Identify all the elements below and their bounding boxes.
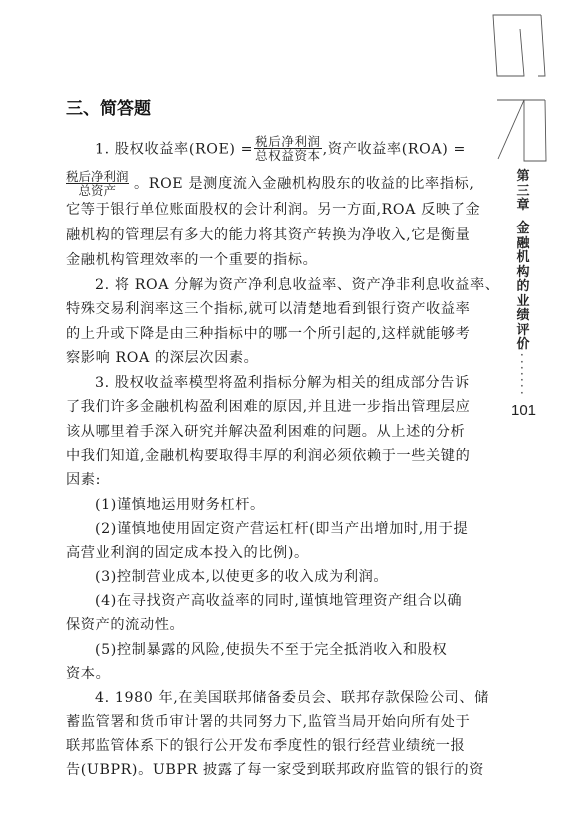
answer-1-line-3: 它等于银行单位账面股权的会计利润。另一方面,ROA 反映了金 — [66, 201, 480, 219]
answer-3-line-1: 3. 股权收益率模型将盈利指标分解为相关的组成部分告诉 — [95, 374, 480, 392]
answer-3-line-4: 中我们知道,金融机构要取得丰厚的利润必须依赖于一些关键的 — [66, 447, 480, 465]
roe-numerator: 税后净利润 — [254, 135, 322, 149]
answer-1-number: 1. — [95, 142, 110, 158]
answer-1-line-4: 融机构的管理层有多大的能力将其资产转换为净收入,它是衡量 — [66, 226, 480, 244]
factor-1: (1)谨慎地运用财务杠杆。 — [95, 496, 480, 514]
roe-formula: 税后净利润总权益资本 — [254, 135, 322, 162]
answer-4-line-4: 告(UBPR)。UBPR 披露了每一家受到联邦政府监管的银行的资 — [66, 761, 480, 779]
answer-3-line-2: 了我们许多金融机构盈利困难的原因,并且进一步指出管理层应 — [66, 398, 480, 416]
roe-label: 股权收益率(ROE) = — [115, 142, 253, 158]
roa-numerator: 税后净利润 — [66, 170, 129, 184]
answer-4-line-1: 4. 1980 年,在美国联邦储备委员会、联邦存款保险公司、储 — [95, 689, 480, 707]
factor-2-line-1: (2)谨慎地使用固定资产营运杠杆(即当产出增加时,用于提 — [95, 520, 480, 538]
answer-3-line-3: 该从哪里着手深入研究并解决盈利困难的问题。从上述的分析 — [66, 423, 480, 441]
chapter-tab-decoration-icon — [0, 0, 576, 834]
factor-2-line-2: 高营业利润的固定成本投入的比例)。 — [66, 544, 480, 562]
factor-3: (3)控制营业成本,以使更多的收入成为利润。 — [95, 568, 480, 586]
answer-1-line-5: 金融机构管理效率的一个重要的指标。 — [66, 251, 480, 269]
answer-2-line-4: 察影响 ROA 的深层次因素。 — [66, 349, 480, 367]
answer-2-line-3: 的上升或下降是由三种指标中的哪一个所引起的,这样就能够考 — [66, 325, 480, 343]
answer-3-line-5: 因素: — [66, 471, 480, 489]
roa-denominator: 总资产 — [66, 184, 129, 197]
leader-dots: ········· — [520, 340, 526, 396]
section-title: 三、简答题 — [66, 94, 151, 119]
page-number: 101 — [511, 402, 536, 419]
answer-4-line-3: 联邦监管体系下的银行公开发布季度性的银行经营业绩统一报 — [66, 737, 480, 755]
answer-1-line-2: 。ROE 是测度流入金融机构股东的收益的比率指标, — [134, 175, 480, 193]
factor-5-line-2: 资本。 — [66, 665, 480, 683]
factor-5-line-1: (5)控制暴露的风险,使损失不至于完全抵消收入和股权 — [95, 641, 480, 659]
answer-2-line-2: 特殊交易利润率这三个指标,就可以清楚地看到银行资产收益率 — [66, 300, 480, 318]
roa-formula: 税后净利润 总资产 — [66, 170, 129, 197]
chapter-title: 金融机构的业绩评价 — [515, 222, 531, 353]
factor-4-line-1: (4)在寻找资产高收益率的同时,谨慎地管理资产组合以确 — [95, 592, 480, 610]
book-page: 三、简答题 1. 股权收益率(ROE) =税后净利润总权益资本,资产收益率(RO… — [0, 0, 576, 834]
factor-4-line-2: 保资产的流动性。 — [66, 616, 480, 634]
answer-2-line-1: 2. 将 ROA 分解为资产净利息收益率、资产净非利息收益率、 — [95, 276, 480, 294]
roe-denominator: 总权益资本 — [254, 149, 322, 162]
chapter-label: 第三章 — [515, 170, 531, 214]
answer-1-line-1: 1. 股权收益率(ROE) =税后净利润总权益资本,资产收益率(ROA) = — [95, 136, 480, 163]
answer-4-line-2: 蓄监管署和货币审计署的共同努力下,监管当局开始向所有处于 — [66, 713, 480, 731]
roa-label: ,资产收益率(ROA) = — [323, 142, 466, 158]
